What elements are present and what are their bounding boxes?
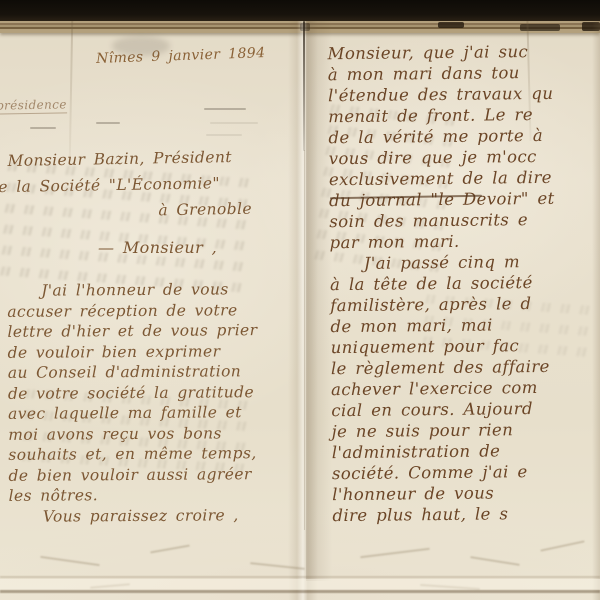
left-page-body-line: avec laquelle ma famille et [8, 402, 258, 424]
left-page-body: J'ai l'honneur de vousaccuser réception … [7, 279, 259, 527]
pencil-dash [206, 134, 242, 136]
right-page-body-line: l'honneur de vous [332, 482, 558, 505]
center-fold-line-faint [304, 150, 305, 530]
pencil-annotation: présidence [0, 97, 67, 114]
left-page-body-line: souhaits et, en même temps, [8, 443, 258, 465]
right-page-body-line: soin des manuscrits e [329, 209, 555, 232]
bottom-fold-crease [0, 576, 600, 578]
left-page-body-line: de votre société la gratitude [8, 382, 258, 404]
right-page-body-line: uniquement pour fac [331, 335, 557, 358]
pencil-dash [96, 122, 120, 124]
letter-photo: Nîmes 9 janvier 1894 présidence À Monsie… [0, 0, 600, 600]
right-page-body-line: achever l'exercice com [331, 377, 557, 400]
wrinkle [540, 540, 584, 551]
right-edge-shadow [592, 21, 600, 600]
right-page-body: Monsieur, que j'ai sucà mon mari dans to… [327, 41, 558, 526]
left-page-body-line: lettre d'hier et de vous prier [7, 320, 257, 342]
left-page-body-line: de bien vouloir aussi agréer [8, 464, 258, 486]
wrinkle [360, 548, 430, 559]
right-page-body-line: exclusivement de la dire [329, 167, 555, 190]
pencil-dash [30, 127, 56, 129]
recipient-block-line: à Grenoble [158, 196, 252, 224]
wrinkle [150, 545, 190, 554]
right-page-body-line: menait de front. Le re [328, 104, 554, 127]
pencil-dash [210, 122, 258, 124]
right-page-body-line: du journal "le Devoir" et [329, 188, 555, 211]
bottom-fold-crease-dark [0, 590, 600, 593]
right-page-body-line: à mon mari dans tou [328, 62, 554, 85]
right-page-body-line: familistère, après le d [330, 293, 556, 316]
left-page-body-line: moi avons reçu vos bons [8, 423, 258, 445]
pencil-dash [204, 108, 246, 110]
right-page-body-line: société. Comme j'ai e [332, 461, 558, 484]
left-page-body-line: J'ai l'honneur de vous [41, 279, 257, 301]
left-page-body-line: au Conseil d'administration [8, 361, 258, 383]
left-page-body-line: accuser réception de votre [7, 300, 257, 322]
right-page-body-line: vous dire que je m'occ [329, 146, 555, 169]
right-page-body-line: J'ai passé cinq m [364, 251, 556, 274]
wrinkle [470, 556, 520, 566]
edge-dark-spot [438, 22, 464, 28]
top-black-band [0, 0, 600, 21]
right-page-body-line: de mon mari, mai [330, 314, 556, 337]
left-page-body-line: de vouloir bien exprimer [8, 341, 258, 363]
left-page-body-line: les nôtres. [9, 484, 259, 506]
right-page-body-line: par mon mari. [329, 230, 555, 253]
right-page-body-line: de la vérité me porte à [328, 125, 554, 148]
vertical-crease-left [69, 21, 73, 161]
wrinkle [40, 556, 100, 566]
salutation: — Monsieur , [98, 238, 217, 257]
left-page-body-line: Vous paraissez croire , [43, 505, 259, 527]
pencil-smudge [112, 36, 170, 56]
right-page-body-line: dire plus haut, le s [332, 503, 558, 526]
right-page-body-line: le règlement des affaire [331, 356, 557, 379]
right-page-body-line: je ne suis pour rien [331, 419, 557, 442]
right-page-body-line: Monsieur, que j'ai suc [327, 41, 553, 64]
recipient-block: À Monsieur Bazin, Présidentde la Société… [0, 144, 252, 227]
right-page-body-line: l'administration de [332, 440, 558, 463]
right-page-body-line: à la tête de la société [330, 272, 556, 295]
right-page-body-line: cial en cours. Aujourd [331, 398, 557, 421]
center-fold-line [303, 21, 305, 151]
right-page-body-line: l'étendue des travaux qu [328, 83, 554, 106]
